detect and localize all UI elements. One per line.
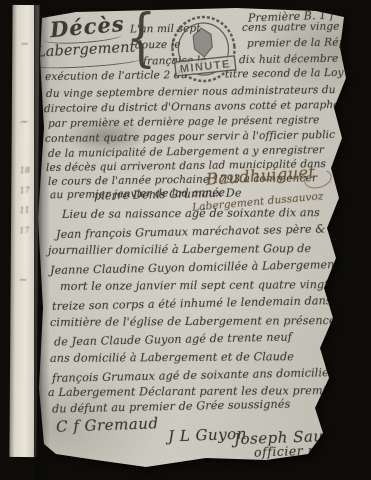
register-page-wrap: Décès Labergement { Première B. 1 f° L'a… [36,8,352,474]
death-act-line: cimitière de l'église de Labergement en … [50,314,336,329]
death-act-line: Jeanne Claudine Guyon domicillée à Laber… [50,258,339,277]
act-line: par première et dernière page le présent… [48,114,320,130]
death-act-line: mort le onze janvier mil sept cent quatr… [60,278,329,293]
register-page: Décès Labergement { Première B. 1 f° L'a… [36,8,352,474]
crest-icon [192,27,213,58]
act-line: de la municipalité de Labergement a y en… [48,144,324,160]
death-act-line: ans domicilié à Labergement et de Claude [50,350,294,365]
act-line: exécution de l'article 2 du titre second… [45,69,188,83]
death-act-line: a Labergement Déclarant parent les deux … [48,384,344,399]
officer-title: officier public [254,441,350,459]
witness-signature-gremaud: C f Gremaud [56,414,159,436]
binding-gutter-shadow [34,0,50,480]
death-act-line: journaillier domicilié à Labergement Gou… [48,242,311,257]
act-line-right: dix huit décembre en [239,52,355,66]
death-act-line: treize son corps a été inhumé le lendema… [52,294,332,313]
act-line-right: premier de la République [247,36,371,50]
act-line-right: cens quatre vinge [242,21,340,34]
act-line: directoire du district d'Ornans avons co… [44,99,340,115]
death-act-line: du défunt au premier de Grée soussignés [52,398,291,416]
death-act-line: Jean françois Grumaux maréchavot ses pèr… [56,222,352,241]
minute-stamp: MINUTE [164,10,244,97]
death-act-line: de Jean Claude Guyon agé de trente neuf [54,331,292,349]
death-act-line: Lieu de sa naissance agé de soixante dix… [62,206,320,221]
death-act-line: françois Grumaux agé de soixante ans dom… [52,366,329,385]
act-line-left: exécution de l'article 2 du [45,69,188,83]
archival-photo: ~ ~ 18 17 11 17 ~ Décès Labergement { Pr… [0,0,371,480]
act-line: contenant quatre pages pour servir à l'o… [45,129,335,145]
